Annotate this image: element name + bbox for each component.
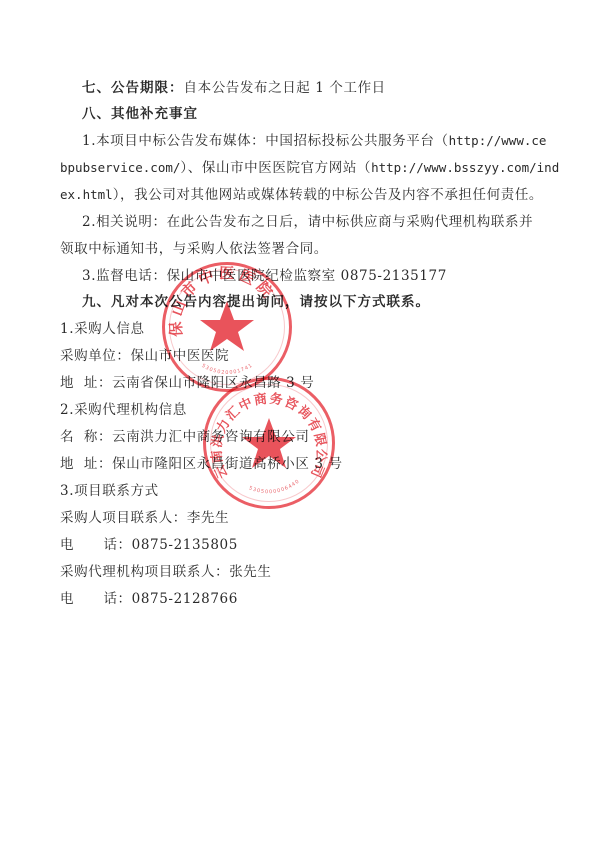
svg-text:5305000006440: 5305000006440 — [248, 478, 301, 495]
purchaser-unit: 采购单位：保山市中医医院 — [60, 346, 535, 366]
agency-contact-value: 张先生 — [229, 564, 271, 580]
item1-text: 1.本项目中标公告发布媒体：中国招标投标公共服务平台（ — [82, 133, 449, 149]
star-icon — [242, 418, 296, 468]
item1-text-3: ），我公司对其他网站或媒体转载的中标公告及内容不承担任何责任。 — [113, 187, 543, 203]
hospital-seal-stamp: 保山市中医医院 5305020001741 — [162, 262, 292, 392]
section8-item1-line3: ex.html），我公司对其他网站或媒体转载的中标公告及内容不承担任何责任。 — [60, 185, 535, 205]
purchaser-contact: 采购人项目联系人：李先生 — [60, 508, 535, 528]
agency-seal-graphic: 云南洪力汇中商务咨询有限公司 5305000006440 — [206, 380, 332, 506]
section8-item1-line2: bpubservice.com/）、保山市中医医院官方网站（http://www… — [60, 158, 535, 178]
cebpubservice-link-part1[interactable]: http://www.ce — [449, 133, 547, 148]
section7-line: 七、公告期限：自本公告发布之日起 1 个工作日 — [82, 78, 557, 98]
section9-heading: 九、凡对本次公告内容提出询问，请按以下方式联系。 — [82, 292, 557, 312]
item1-text-2: ）、保山市中医医院官方网站（ — [180, 160, 371, 176]
section8-heading: 八、其他补充事宜 — [82, 104, 557, 124]
purchaser-unit-label: 采购单位： — [60, 348, 131, 364]
section8-item1-line1: 1.本项目中标公告发布媒体：中国招标投标公共服务平台（http://www.ce — [82, 131, 557, 151]
section8-item2-line2: 领取中标通知书，与采购人依法签署合同。 — [60, 239, 535, 259]
section8-item2-line1: 2.相关说明：在此公告发布之日后，请中标供应商与采购代理机构联系并 — [82, 212, 557, 232]
purchaser-phone: 电 话：0875-2135805 — [60, 535, 535, 555]
bsszyy-link-part1[interactable]: http://www.bsszyy.com/ind — [371, 160, 559, 175]
agency-phone-value: 0875-2128766 — [132, 591, 238, 607]
bsszyy-link-part2[interactable]: ex.html — [60, 187, 113, 202]
purchaser-contact-value: 李先生 — [187, 510, 229, 526]
agency-seal-stamp: 云南洪力汇中商务咨询有限公司 5305000006440 — [203, 377, 335, 509]
document-page: 七、公告期限：自本公告发布之日起 1 个工作日 八、其他补充事宜 1.本项目中标… — [0, 0, 600, 850]
agency-seal-number: 5305000006440 — [248, 478, 301, 495]
agency-address-label: 地 址： — [60, 456, 112, 472]
hospital-seal-graphic: 保山市中医医院 5305020001741 — [165, 265, 289, 389]
agency-phone-label: 电 话： — [60, 591, 132, 607]
agency-name-label: 名 称： — [60, 429, 112, 445]
section8-item3-supervision-phone: 3.监督电话：保山市中医医院纪检监察室 0875-2135177 — [82, 266, 557, 286]
hospital-seal-number: 5305020001741 — [201, 363, 255, 376]
svg-text:5305020001741: 5305020001741 — [201, 363, 255, 376]
agency-contact-label: 采购代理机构项目联系人： — [60, 564, 229, 580]
agency-phone: 电 话：0875-2128766 — [60, 589, 535, 609]
purchaser-address-label: 地 址： — [60, 375, 112, 391]
purchaser-phone-value: 0875-2135805 — [132, 537, 238, 553]
purchaser-contact-label: 采购人项目联系人： — [60, 510, 187, 526]
star-icon — [200, 301, 254, 351]
purchaser-info-title: 1.采购人信息 — [60, 319, 535, 339]
section7-heading: 七、公告期限： — [82, 80, 184, 96]
purchaser-phone-label: 电 话： — [60, 537, 132, 553]
agency-contact: 采购代理机构项目联系人：张先生 — [60, 562, 535, 582]
cebpubservice-link-part2[interactable]: bpubservice.com/ — [60, 160, 180, 175]
section7-text: 自本公告发布之日起 1 个工作日 — [184, 80, 386, 96]
